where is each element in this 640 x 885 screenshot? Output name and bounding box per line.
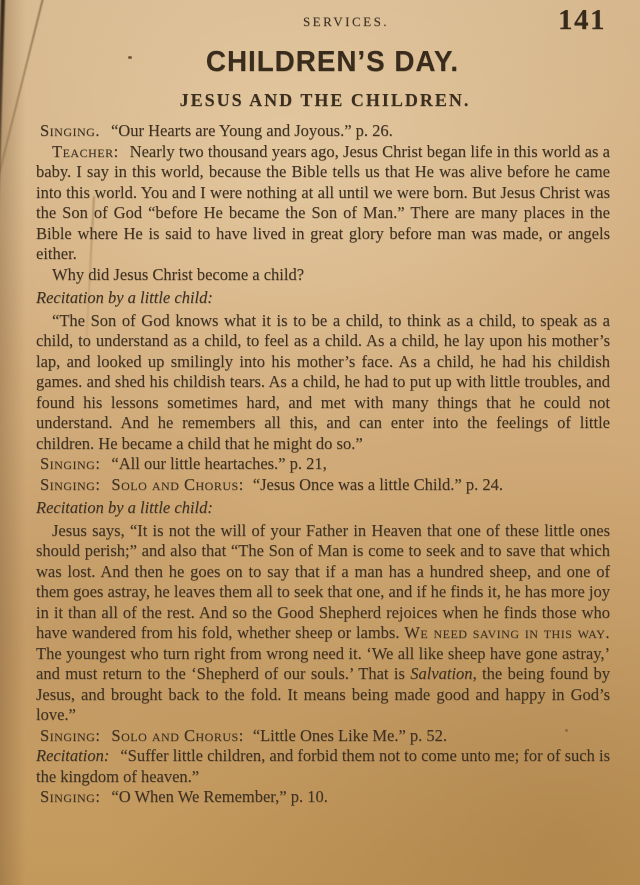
singing-label: Singing: xyxy=(40,475,100,494)
singing-label: Singing: xyxy=(40,454,100,473)
recitation-heading-text: Recitation by a little child: xyxy=(36,288,213,307)
recitation-text: “The Son of God knows what it is to be a… xyxy=(36,311,610,453)
paragraph-singing-1: Singing.“Our Hearts are Young and Joyous… xyxy=(36,121,610,142)
page-subtitle: JESUS AND THE CHILDREN. xyxy=(0,90,640,111)
paragraph-singing-5: Singing:“O When We Remember,” p. 10. xyxy=(36,787,610,808)
recitation-heading-2: Recitation by a little child: xyxy=(36,498,610,519)
left-edge-shading xyxy=(0,0,26,885)
page-number: 141 xyxy=(558,4,606,37)
page-header: SERVICES. 141 xyxy=(0,0,640,31)
solo-chorus-label: Solo and Chorus: xyxy=(111,475,243,494)
paragraph-recitation-1: “The Son of God knows what it is to be a… xyxy=(36,311,610,455)
song-reference: “All our little heartaches.” p. 21, xyxy=(111,454,326,473)
paragraph-teacher: Teacher:Nearly two thousand years ago, J… xyxy=(36,142,610,265)
book-page-scan: SERVICES. 141 CHILDREN’S DAY. JESUS AND … xyxy=(0,0,640,885)
teacher-label: Teacher: xyxy=(52,142,119,161)
paragraph-recitation-3: Recitation:“Suffer little children, and … xyxy=(36,746,610,787)
song-reference: “Little Ones Like Me.” p. 52. xyxy=(253,726,447,745)
recitation-heading-1: Recitation by a little child: xyxy=(36,288,610,309)
body-text: Singing.“Our Hearts are Young and Joyous… xyxy=(0,111,640,808)
teacher-text: Nearly two thousand years ago, Jesus Chr… xyxy=(36,142,610,264)
recitation-label: Recitation: xyxy=(36,746,109,765)
song-reference: “Our Hearts are Young and Joyous.” p. 26… xyxy=(111,121,393,140)
page-title: CHILDREN’S DAY. xyxy=(13,46,627,79)
paragraph-singing-4: Singing:Solo and Chorus:“Little Ones Lik… xyxy=(36,726,610,747)
recitation-heading-text: Recitation by a little child: xyxy=(36,498,213,517)
singing-label: Singing. xyxy=(40,121,100,140)
solo-chorus-label: Solo and Chorus: xyxy=(111,726,243,745)
paragraph-recitation-2: Jesus says, “It is not the will of your … xyxy=(36,521,610,726)
salvation-italic: Salvation xyxy=(410,664,472,683)
paper-speck xyxy=(565,729,568,732)
singing-label: Singing: xyxy=(40,726,100,745)
paragraph-singing-3: Singing:Solo and Chorus:“Jesus Once was … xyxy=(36,475,610,496)
emphasis-smallcaps: We need saving in this way. xyxy=(404,623,610,642)
paragraph-question: Why did Jesus Christ become a child? xyxy=(36,265,610,286)
song-reference: “O When We Remember,” p. 10. xyxy=(111,787,327,806)
singing-label: Singing: xyxy=(40,787,100,806)
paragraph-singing-2: Singing:“All our little heartaches.” p. … xyxy=(36,454,610,475)
recitation-text: “Suffer little children, and forbid them… xyxy=(36,746,610,786)
running-title: SERVICES. xyxy=(251,14,389,29)
song-reference: “Jesus Once was a little Child.” p. 24. xyxy=(253,475,503,494)
